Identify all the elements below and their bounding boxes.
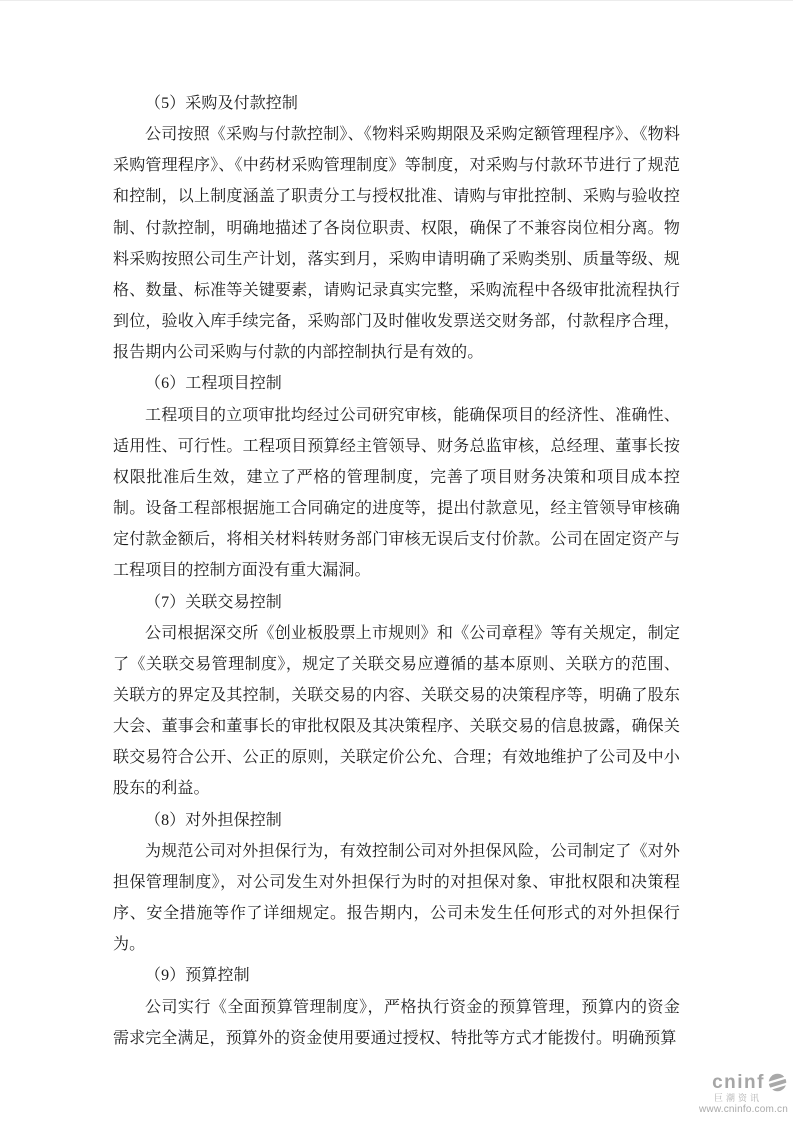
- section-heading: （5）采购及付款控制: [113, 88, 680, 119]
- document-section: （9）预算控制 公司实行《全面预算管理制度》，严格执行资金的预算管理，预算内的资…: [113, 960, 680, 1053]
- cninfo-logo: cninf: [699, 1072, 788, 1093]
- document-section: （5）采购及付款控制 公司按照《采购与付款控制》、《物料采购期限及采购定额管理程…: [113, 88, 680, 368]
- section-paragraph: 为规范公司对外担保行为，有效控制公司对外担保风险，公司制定了《对外担保管理制度》…: [113, 836, 680, 961]
- document-section: （7）关联交易控制 公司根据深交所《创业板股票上市规则》和《公司章程》等有关规定…: [113, 587, 680, 805]
- section-heading: （7）关联交易控制: [113, 587, 680, 618]
- section-paragraph: 公司实行《全面预算管理制度》，严格执行资金的预算管理，预算内的资金需求完全满足，…: [113, 992, 680, 1054]
- cninfo-watermark: cninf 巨潮资讯 www.cninfo.com.cn: [699, 1072, 788, 1115]
- section-paragraph: 公司根据深交所《创业板股票上市规则》和《公司章程》等有关规定，制定了《关联交易管…: [113, 618, 680, 805]
- section-paragraph: 公司按照《采购与付款控制》、《物料采购期限及采购定额管理程序》、《物料采购管理程…: [113, 119, 680, 368]
- section-heading: （6）工程项目控制: [113, 368, 680, 399]
- document-page: （5）采购及付款控制 公司按照《采购与付款控制》、《物料采购期限及采购定额管理程…: [0, 0, 793, 1122]
- cninfo-swirl-icon: [767, 1072, 788, 1093]
- cninfo-logo-text: cninf: [712, 1073, 765, 1092]
- section-heading: （8）对外担保控制: [113, 805, 680, 836]
- section-heading: （9）预算控制: [113, 960, 680, 991]
- cninfo-logo-subtitle: 巨潮资讯: [699, 1094, 762, 1103]
- document-section: （8）对外担保控制 为规范公司对外担保行为，有效控制公司对外担保风险，公司制定了…: [113, 805, 680, 961]
- cninfo-url: www.cninfo.com.cn: [699, 1105, 788, 1115]
- document-body: （5）采购及付款控制 公司按照《采购与付款控制》、《物料采购期限及采购定额管理程…: [113, 88, 680, 1054]
- document-section: （6）工程项目控制 工程项目的立项审批均经过公司研究审核，能确保项目的经济性、准…: [113, 368, 680, 586]
- section-paragraph: 工程项目的立项审批均经过公司研究审核，能确保项目的经济性、准确性、适用性、可行性…: [113, 400, 680, 587]
